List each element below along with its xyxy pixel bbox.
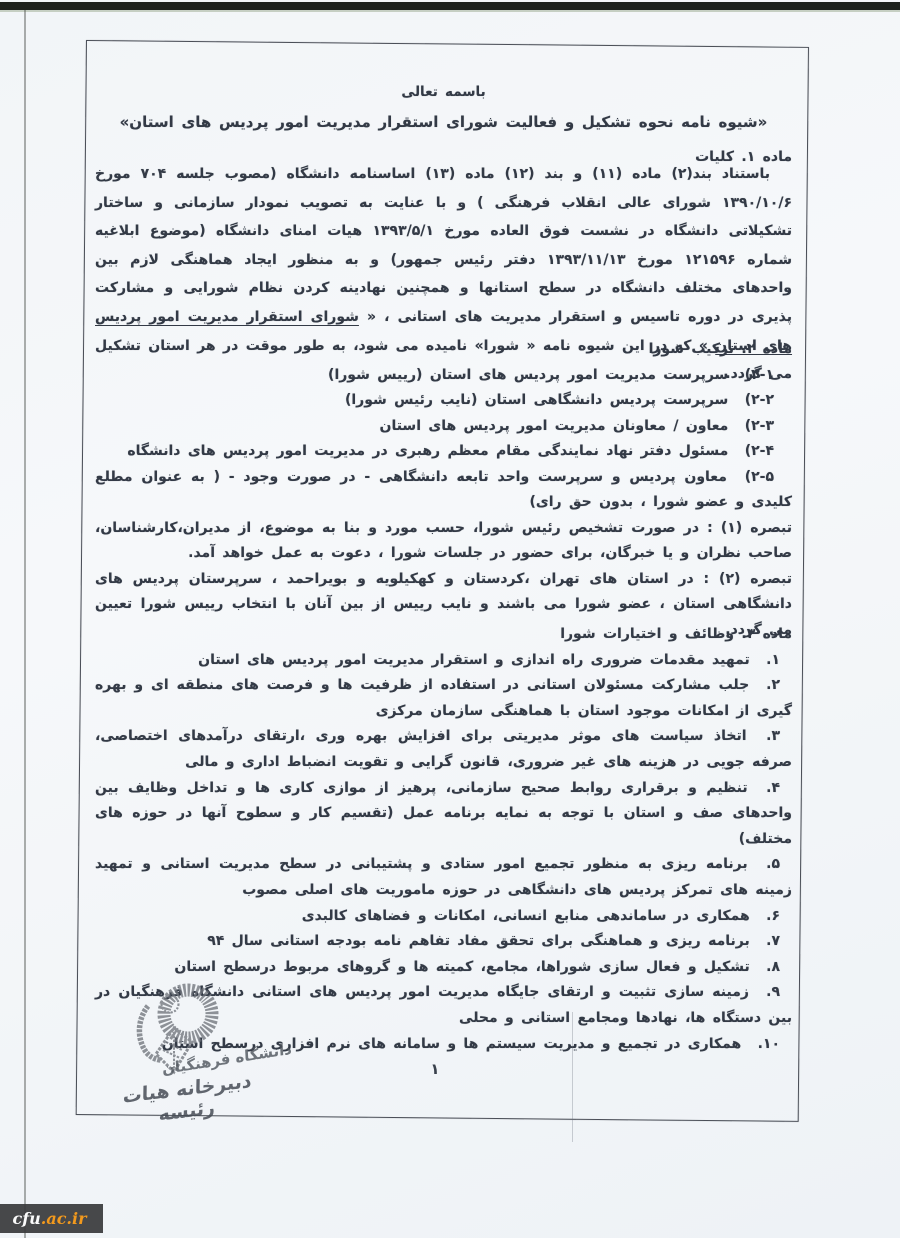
item-number: ۸. bbox=[766, 959, 780, 975]
article1-text-pre: باستناد بند(۲) ماده (۱۱) و بند (۱۲) ماده… bbox=[95, 166, 792, 325]
item-number: ۳. bbox=[766, 728, 780, 744]
item-text: اتخاذ سیاست های موثر مدیریتی برای افزایش… bbox=[95, 728, 792, 770]
list-item: ۵. برنامه ریزی به منظور تجمیع امور ستادی… bbox=[95, 852, 792, 903]
watermark-suffix: .ac.ir bbox=[41, 1209, 87, 1228]
list-item: ۲-۱) سرپرست مدیریت امور پردیس های استان … bbox=[95, 363, 792, 389]
item-text: مسئول دفتر نهاد نمایندگی مقام معظم رهبری… bbox=[127, 443, 728, 459]
list-item: ۳. اتخاذ سیاست های موثر مدیریتی برای افز… bbox=[95, 724, 792, 775]
item-number: ۲-۱) bbox=[745, 367, 774, 383]
list-item: ۴. تنظیم و برقراری روابط صحیح سازمانی، پ… bbox=[95, 776, 792, 853]
article2-section: ماده ۲. ترکیب شورا ۲-۱) سرپرست مدیریت ام… bbox=[95, 337, 792, 643]
item-text: سرپرست مدیریت امور پردیس های استان (رییس… bbox=[328, 367, 728, 383]
item-text: سرپرست پردیس دانشگاهی استان (نایب رئیس ش… bbox=[345, 392, 728, 408]
list-item: ۶. همکاری در ساماندهی منابع انسانی، امکا… bbox=[95, 904, 792, 930]
item-text: برنامه ریزی به منظور تجمیع امور ستادی و … bbox=[95, 856, 792, 898]
item-text: همکاری در ساماندهی منابع انسانی، امکانات… bbox=[302, 908, 750, 924]
item-text: معاون پردیس و سرپرست واحد تابعه دانشگاهی… bbox=[95, 469, 792, 511]
item-number: ۴. bbox=[766, 780, 780, 796]
item-text: جلب مشارکت مسئولان استانی در استفاده از … bbox=[95, 677, 792, 719]
list-item: ۲. جلب مشارکت مسئولان استانی در استفاده … bbox=[95, 673, 792, 724]
item-number: ۲-۲) bbox=[745, 392, 774, 408]
list-item: ۲-۳) معاون / معاونان مدیریت امور پردیس ه… bbox=[95, 414, 792, 440]
item-text: برنامه ریزی و هماهنگی برای تحقق مفاد تفا… bbox=[207, 933, 750, 949]
item-number: ۲-۵) bbox=[745, 469, 774, 485]
scan-crease-line bbox=[572, 1012, 573, 1142]
document-title: «شیوه نامه نحوه تشکیل و فعالیت شورای است… bbox=[95, 113, 792, 131]
article3-heading: ماده ۳. وظائف و اختیارات شورا bbox=[95, 622, 792, 648]
list-item: ۲-۲) سرپرست پردیس دانشگاهی استان (نایب ر… bbox=[95, 388, 792, 414]
basmala-text: باسمه تعالی bbox=[95, 84, 792, 100]
item-text: تنظیم و برقراری روابط صحیح سازمانی، پرهی… bbox=[95, 780, 792, 847]
item-number: ۱. bbox=[766, 652, 780, 668]
note-1: تبصره (۱) : در صورت تشخیص رئیس شورا، حسب… bbox=[95, 516, 792, 567]
item-number: ۲-۳) bbox=[745, 418, 774, 434]
item-number: ۶. bbox=[766, 908, 780, 924]
item-number: ۹. bbox=[766, 984, 780, 1000]
item-number: ۱۰. bbox=[758, 1036, 780, 1052]
item-text: معاون / معاونان مدیریت امور پردیس های اس… bbox=[380, 418, 729, 434]
list-item: ۲-۵) معاون پردیس و سرپرست واحد تابعه دان… bbox=[95, 465, 792, 516]
item-number: ۲-۴) bbox=[745, 443, 774, 459]
list-item: ۷. برنامه ریزی و هماهنگی برای تحقق مفاد … bbox=[95, 929, 792, 955]
page-number: ۱ bbox=[420, 1060, 450, 1078]
site-watermark: cfu.ac.ir bbox=[0, 1204, 103, 1233]
list-item: ۸. تشکیل و فعال سازی شوراها، مجامع، کمیت… bbox=[95, 955, 792, 981]
item-text: تشکیل و فعال سازی شوراها، مجامع، کمیته ه… bbox=[174, 959, 749, 975]
item-text: تمهید مقدمات ضروری راه اندازی و استقرار … bbox=[198, 652, 750, 668]
paper-fold-line bbox=[24, 10, 26, 1238]
article2-heading: ماده ۲. ترکیب شورا bbox=[95, 337, 792, 363]
item-number: ۷. bbox=[766, 933, 780, 949]
list-item: ۱. تمهید مقدمات ضروری راه اندازی و استقر… bbox=[95, 648, 792, 674]
item-number: ۵. bbox=[766, 856, 780, 872]
item-number: ۲. bbox=[766, 677, 780, 693]
list-item: ۲-۴) مسئول دفتر نهاد نمایندگی مقام معظم … bbox=[95, 439, 792, 465]
watermark-prefix: cfu bbox=[12, 1209, 40, 1228]
